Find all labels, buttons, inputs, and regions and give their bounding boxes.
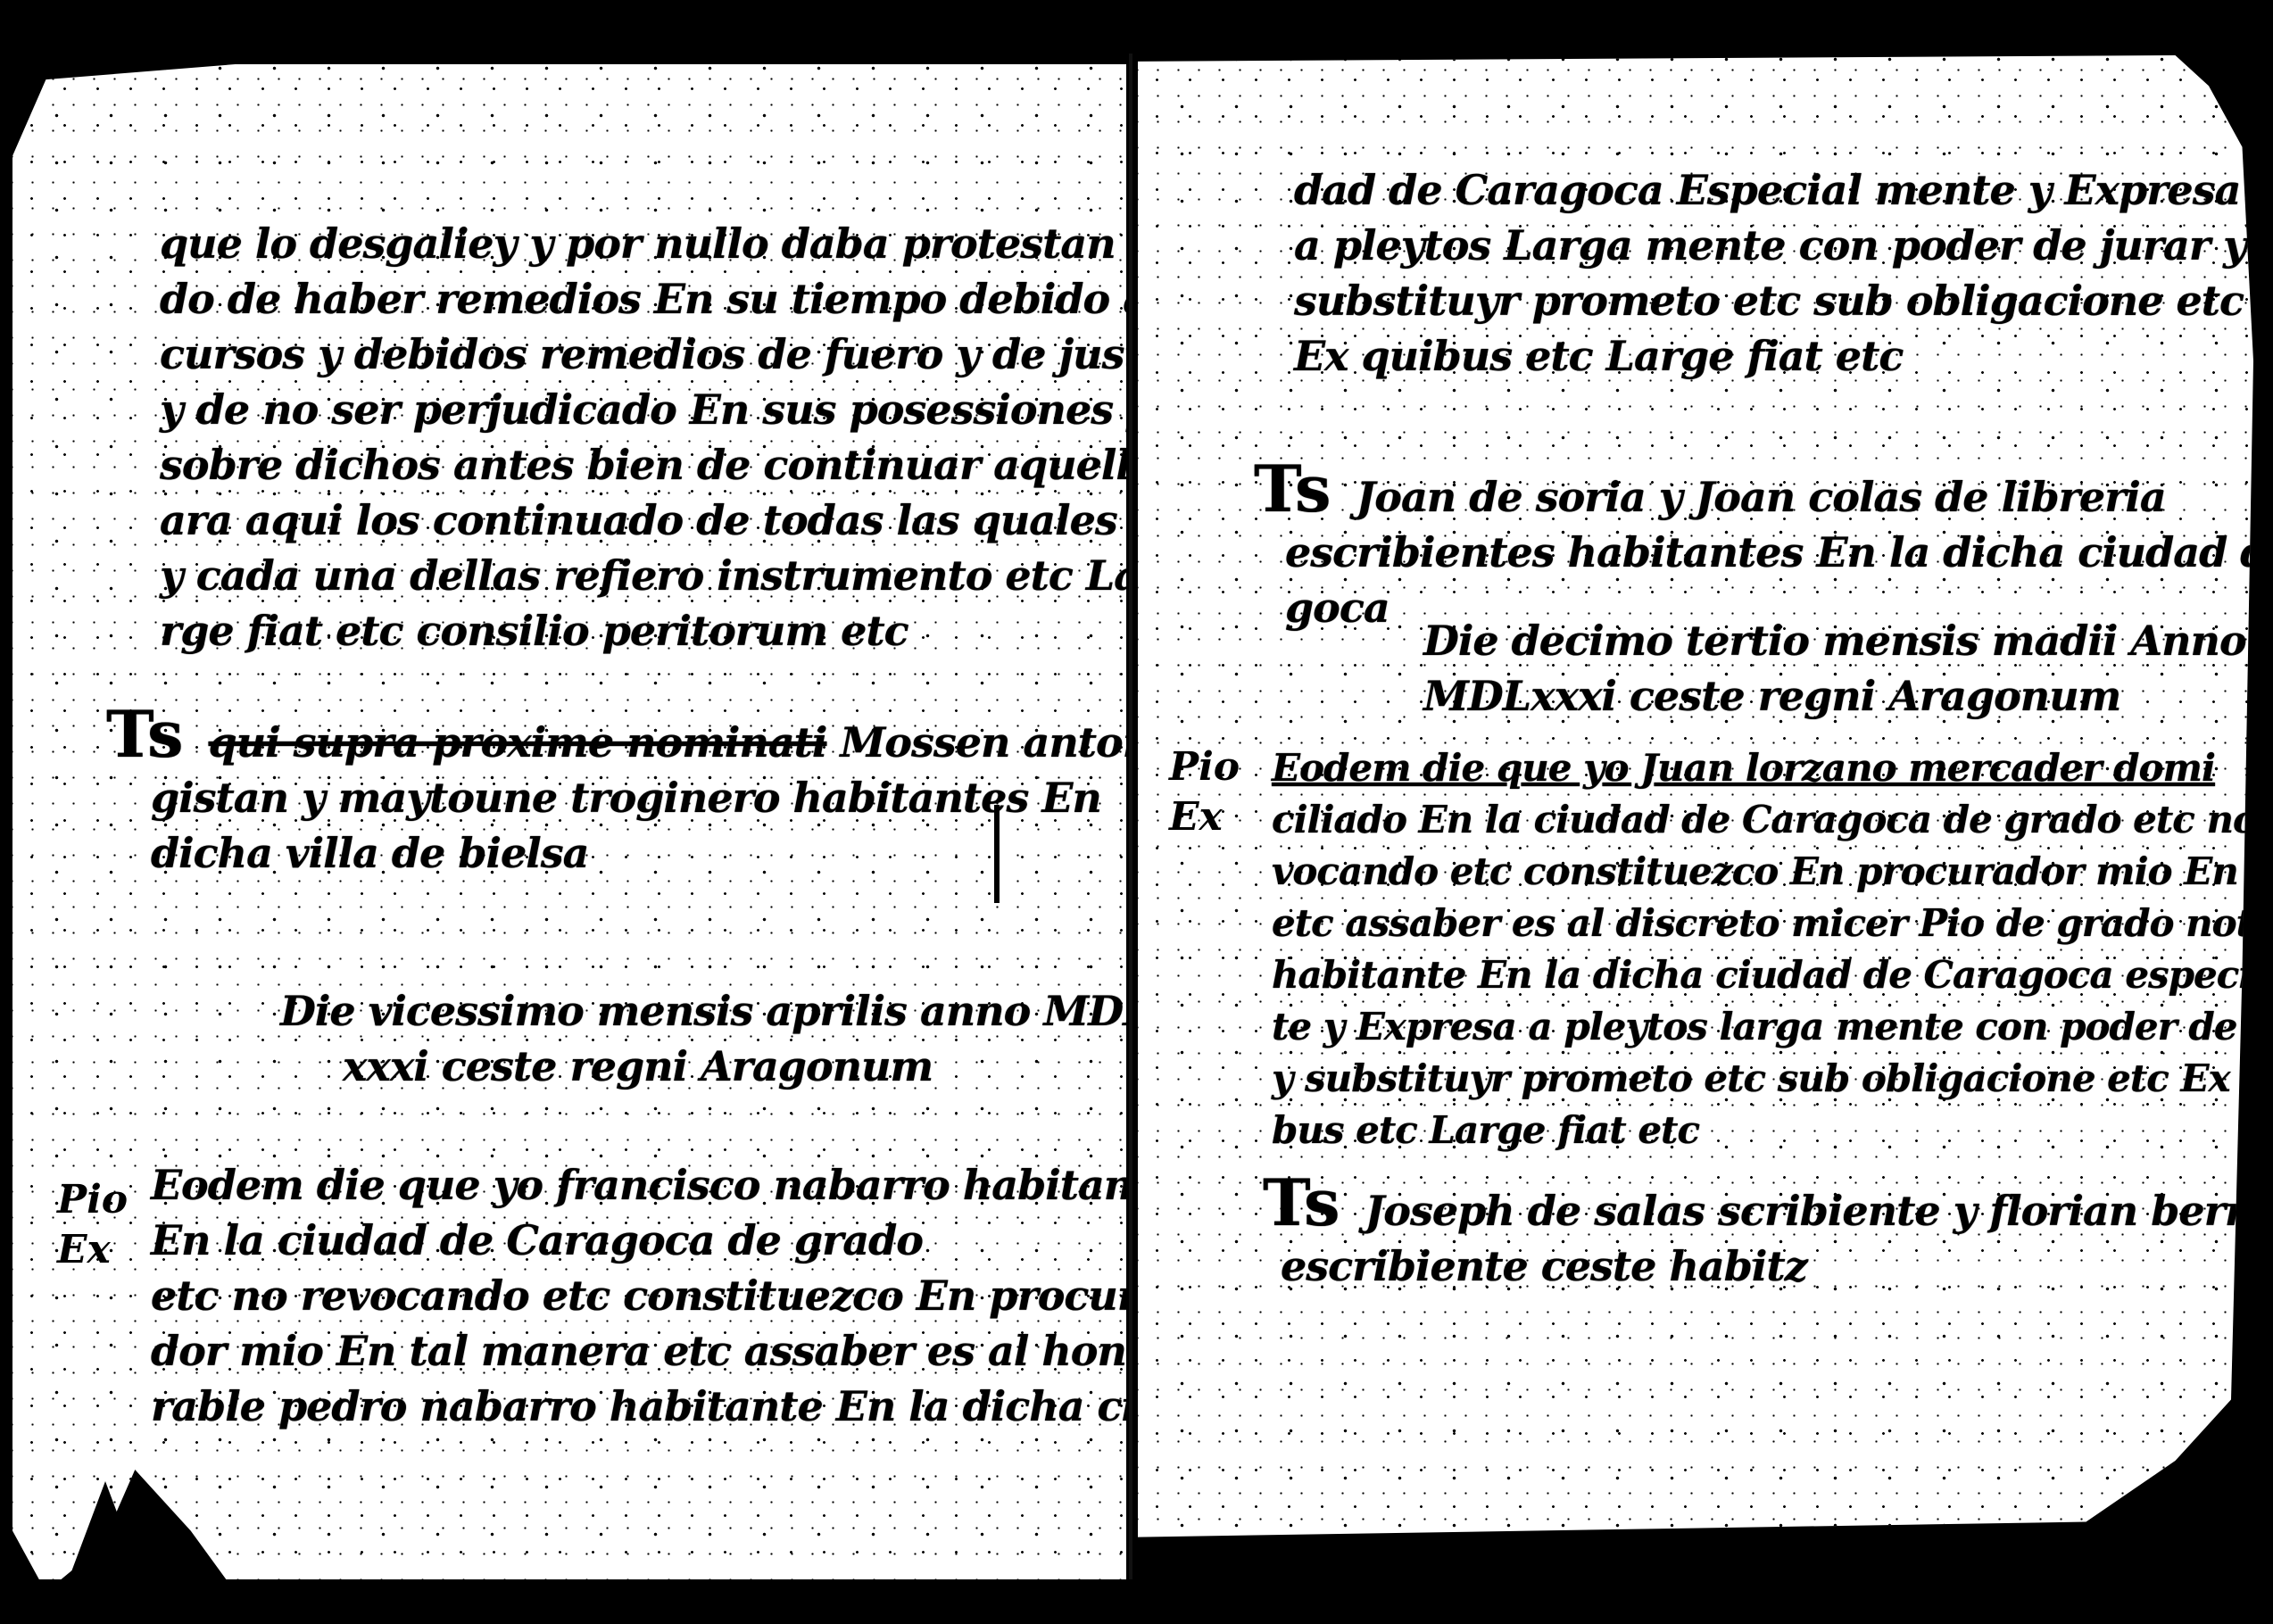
left-date-block: Die vicessimo mensis aprilis anno MDL xx…: [146, 983, 1126, 1094]
text-line: substituyr prometo etc sub obligacione e…: [1294, 273, 2246, 328]
text-line: te y Expresa a pleytos larga mente con p…: [1272, 1001, 2253, 1053]
date-line: Die vicessimo mensis aprilis anno MDL: [146, 983, 1126, 1039]
text-line: Eodem die que yo Juan lorzano mercader d…: [1272, 742, 2253, 794]
left-block-3: Eodem die que yo francisco nabarro habit…: [151, 1157, 1126, 1434]
text-line: sobre dichos antes bien de continuar aqu…: [160, 437, 1126, 493]
text-line: escribientes habitantes En la dicha ciud…: [1254, 525, 2253, 580]
text-line: dad de Caragoca Especial mente y Expresa: [1294, 162, 2246, 218]
scan-bottom-edge: [0, 1579, 2273, 1624]
text-line: do de haber remedios En su tiempo debido…: [160, 271, 1126, 327]
text-line: habitante En la dicha ciudad de Caragoca…: [1272, 949, 2253, 1001]
text-line: Joseph de salas scribiente y florian ber…: [1365, 1187, 2253, 1235]
text-line: escribiente ceste habitz: [1263, 1239, 2253, 1294]
paraph-mark: Ts: [106, 707, 183, 762]
date-line: MDLxxxi ceste regni Aragonum: [1290, 668, 2246, 724]
text-line: y substituyr prometo etc sub obligacione…: [1272, 1053, 2253, 1105]
text-line: En la ciudad de Caragoca de grado: [151, 1213, 1126, 1268]
right-witnesses-block: Ts Joan de soria y Joan colas de libreri…: [1254, 461, 2253, 635]
text-line: bus etc Large fiat etc: [1272, 1105, 2253, 1156]
date-line: Die decimo tertio mensis madii Anno: [1290, 613, 2246, 668]
text-line: cursos y debidos remedios de fuero y de …: [160, 327, 1126, 382]
date-line: xxxi ceste regni Aragonum: [146, 1039, 1126, 1094]
left-witnesses-block: Ts qui supra proxime nominati Mossen ant…: [106, 707, 1126, 881]
text-line: Mossen anton: [840, 718, 1126, 766]
text-line: y de no ser perjudicado En sus posession…: [160, 382, 1126, 437]
text-line: ara aqui los continuado de todas las qua…: [160, 493, 1126, 548]
text-line: y cada una dellas refiero instrumento et…: [160, 548, 1126, 603]
text-line: rable pedro nabarro habitante En la dich…: [151, 1379, 1126, 1434]
struck-text: qui supra proxime nominati: [209, 718, 827, 766]
text-line: dicha villa de bielsa: [106, 825, 1126, 881]
margin-note-left: Pio Ex: [57, 1175, 128, 1275]
text-line: ciliado En la ciudad de Caragoca de grad…: [1272, 794, 2253, 846]
paraph-mark: Ts: [1263, 1175, 1340, 1230]
text-line: vocando etc constituezco En procurador m…: [1272, 846, 2253, 898]
text-line: etc no revocando etc constituezco En pro…: [151, 1268, 1126, 1323]
paraph-mark: Ts: [1254, 461, 1331, 517]
left-page: que lo desgaliey y por nullo daba protes…: [12, 64, 1126, 1592]
right-block-3: Eodem die que yo Juan lorzano mercader d…: [1272, 742, 2253, 1156]
text-line: a pleytos Larga mente con poder de jurar…: [1294, 218, 2246, 273]
right-witnesses-block-2: Ts Joseph de salas scribiente y florian …: [1263, 1175, 2253, 1294]
text-line: rge fiat etc consilio peritorum etc: [160, 603, 1126, 659]
text-line: Ex quibus etc Large fiat etc: [1294, 328, 2246, 384]
text-line: Joan de soria y Joan colas de libreria: [1356, 473, 2166, 521]
text-line: que lo desgaliey y por nullo daba protes…: [160, 216, 1126, 271]
text-line: Eodem die que yo francisco nabarro habit…: [151, 1157, 1126, 1213]
right-block-1: dad de Caragoca Especial mente y Expresa…: [1294, 162, 2246, 384]
text-line: etc assaber es al discreto micer Pio de …: [1272, 898, 2253, 949]
text-line: gistan y maytoune troginero habitantes E…: [106, 770, 1126, 825]
right-page: dad de Caragoca Especial mente y Expresa…: [1138, 55, 2253, 1583]
right-date-block: Die decimo tertio mensis madii Anno MDLx…: [1290, 613, 2246, 724]
left-block-1: que lo desgaliey y por nullo daba protes…: [160, 216, 1126, 659]
margin-note-right: Pio Ex: [1169, 742, 1240, 842]
bracket-mark: [994, 805, 1000, 903]
text-line: dor mio En tal manera etc assaber es al …: [151, 1323, 1126, 1379]
